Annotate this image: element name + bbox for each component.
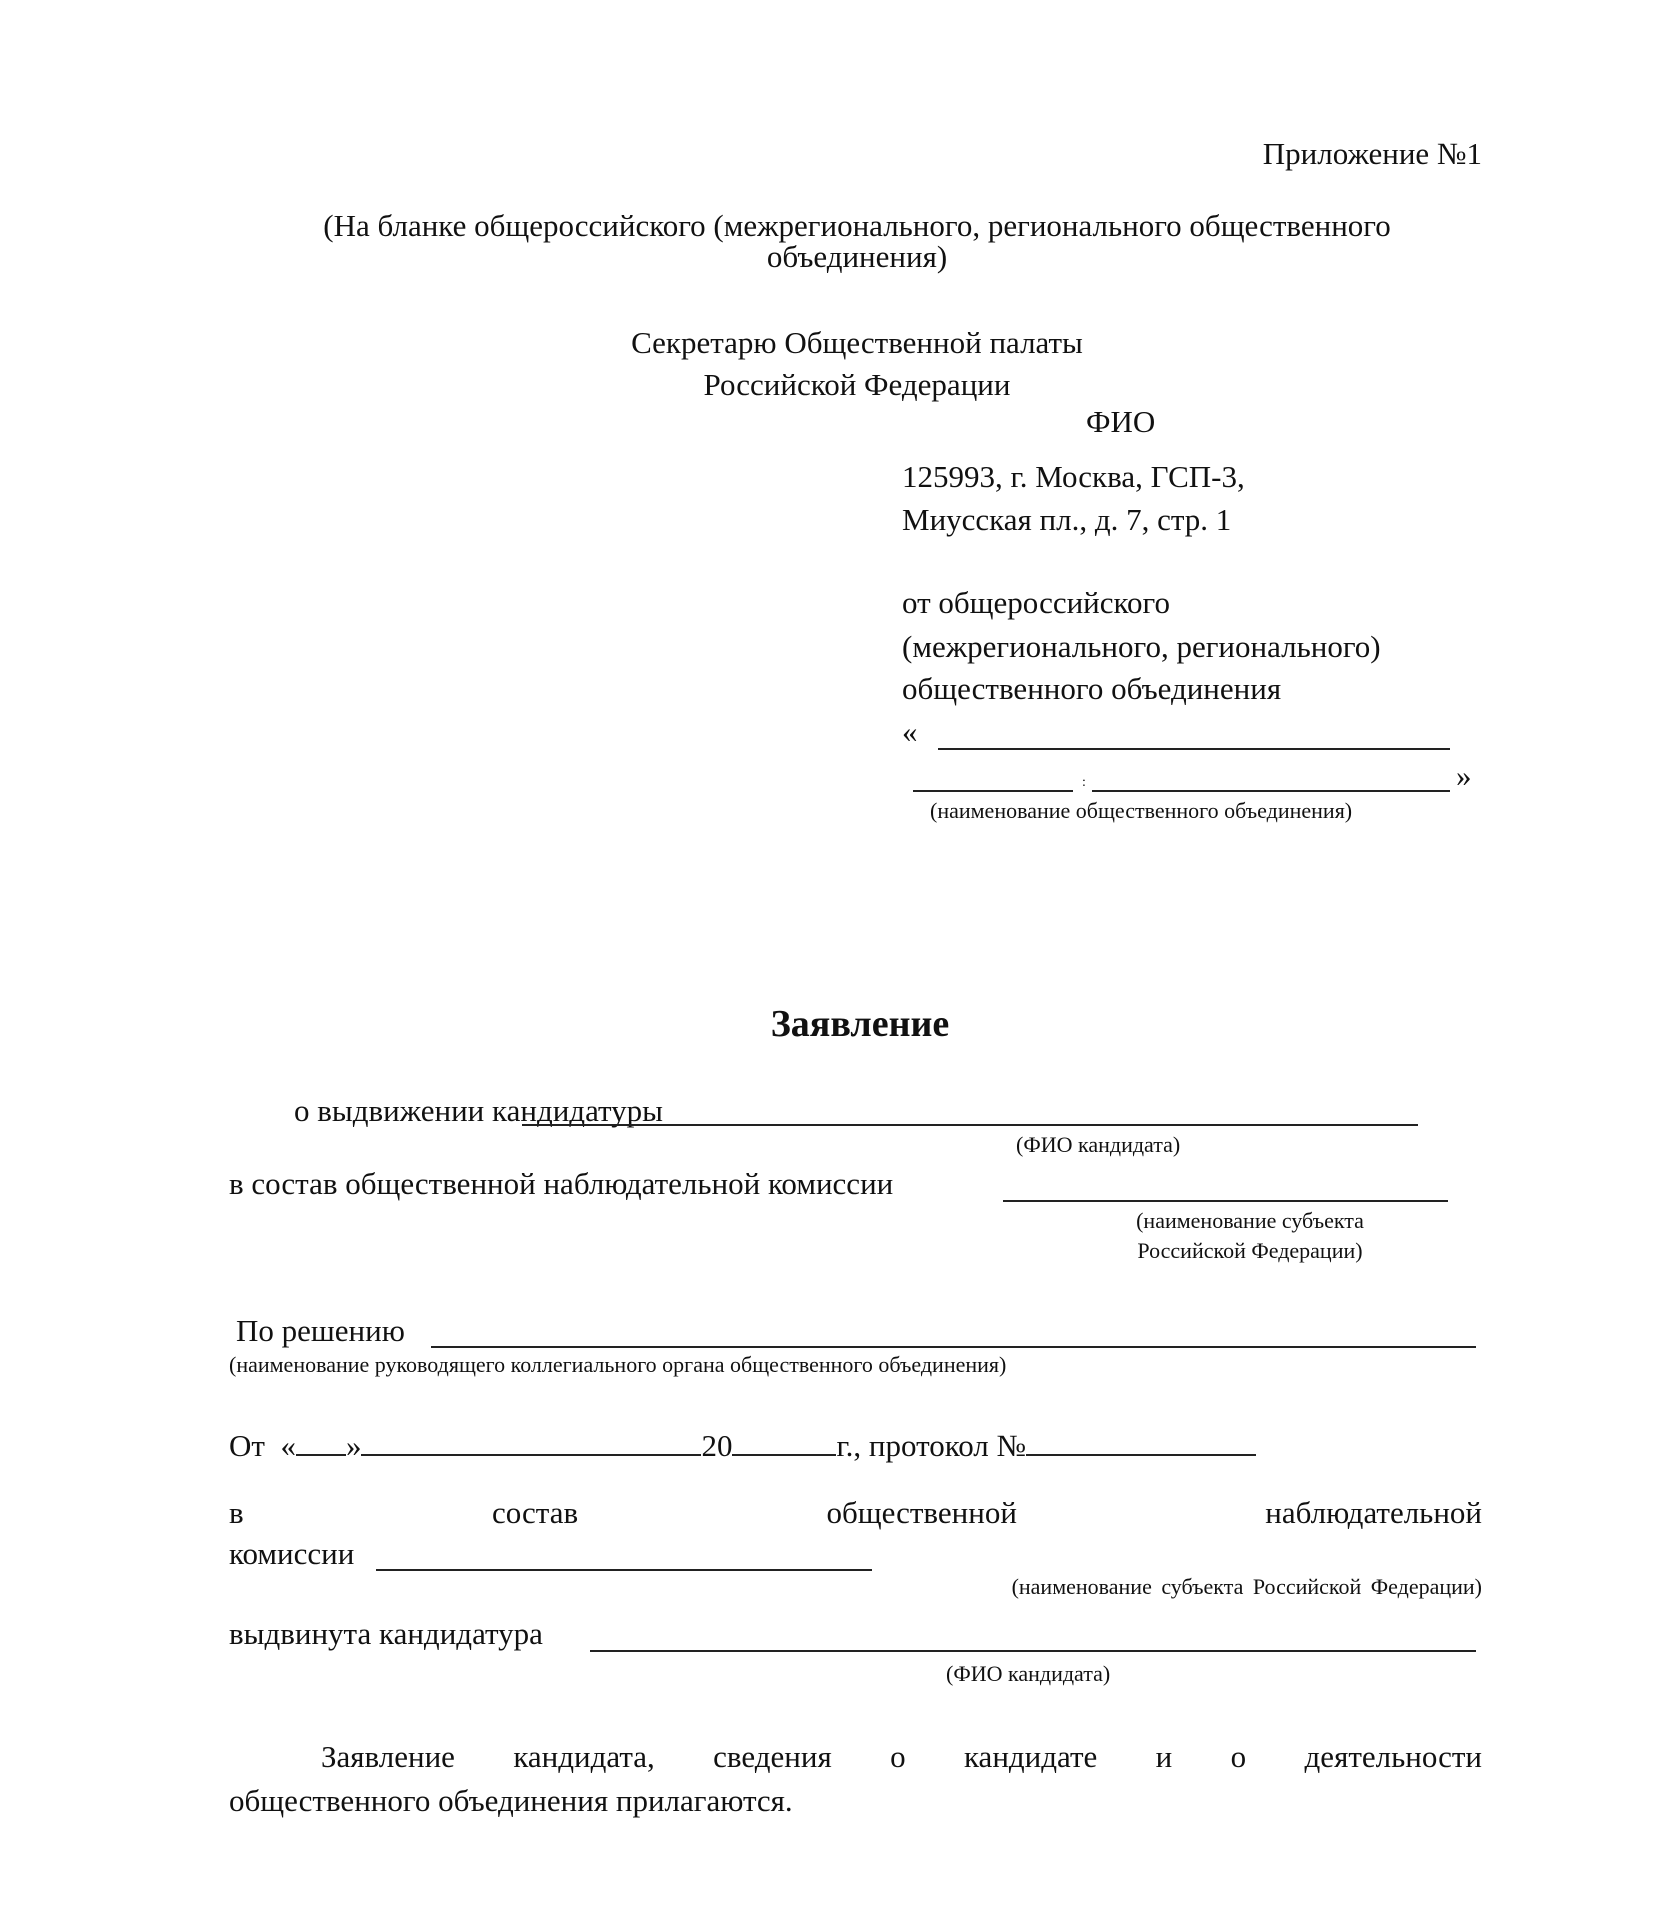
- date-close-quote: »: [346, 1428, 362, 1463]
- region-caption-2: (наименование субъекта Российской Федера…: [1012, 1574, 1482, 1600]
- region-caption: (наименование субъекта Российской Федера…: [1100, 1206, 1400, 1266]
- composition-word: общественной: [826, 1495, 1016, 1530]
- sender-close-quote: »: [1456, 758, 1472, 794]
- attachments-line2: общественного объединения прилагаются.: [229, 1783, 793, 1819]
- addressee-line1: Секретарю Общественной палаты: [0, 322, 1653, 364]
- year-field[interactable]: [732, 1453, 836, 1456]
- sender-open-quote: «: [902, 714, 918, 750]
- region-caption-line1: (наименование субъекта: [1100, 1206, 1400, 1236]
- address-line1: 125993, г. Москва, ГСП-3,: [902, 459, 1245, 495]
- day-field[interactable]: [296, 1453, 346, 1456]
- attachments-line1: Заявление кандидата, сведения о кандидат…: [321, 1739, 1482, 1775]
- month-field[interactable]: [361, 1453, 701, 1456]
- document-title: Заявление: [0, 1002, 1653, 1046]
- date-open-quote: «: [280, 1428, 296, 1463]
- date-line: От «»20г., протокол №: [229, 1428, 1256, 1464]
- decision-label: По решению: [236, 1313, 405, 1349]
- candidate-caption: (ФИО кандидата): [1016, 1132, 1180, 1158]
- nominated-candidate-field[interactable]: [590, 1650, 1476, 1652]
- date-from-label: От: [229, 1428, 265, 1463]
- letterhead-note-line2: объединения): [0, 241, 1653, 272]
- addressee-line2: Российской Федерации: [0, 364, 1653, 406]
- nominated-label: выдвинута кандидатура: [229, 1616, 543, 1652]
- composition-word: состав: [492, 1495, 578, 1530]
- protocol-label: г., протокол №: [836, 1428, 1026, 1463]
- protocol-number-field[interactable]: [1026, 1453, 1256, 1456]
- org-name-field-1[interactable]: [938, 748, 1450, 750]
- commission-word: комиссии: [229, 1536, 354, 1572]
- sender-line1: от общероссийского: [902, 585, 1170, 621]
- org-name-separator: :: [1082, 770, 1086, 796]
- governing-body-field[interactable]: [431, 1346, 1476, 1348]
- region-field-2[interactable]: [376, 1569, 872, 1571]
- addressee-title: Секретарю Общественной палаты Российской…: [0, 322, 1653, 406]
- region-caption-line2: Российской Федерации): [1100, 1236, 1400, 1266]
- sender-line3: общественного объединения: [902, 671, 1281, 707]
- composition-word: наблюдательной: [1265, 1495, 1482, 1530]
- appendix-label: Приложение №1: [1263, 136, 1482, 172]
- letterhead-note: (На бланке общероссийского (межрегиональ…: [0, 210, 1653, 272]
- candidate-caption-2: (ФИО кандидата): [946, 1661, 1110, 1687]
- commission-text: в состав общественной наблюдательной ком…: [229, 1166, 893, 1202]
- address-line2: Миусская пл., д. 7, стр. 1: [902, 502, 1231, 538]
- org-name-caption: (наименование общественного объединения): [930, 798, 1352, 824]
- composition-word: в: [229, 1495, 244, 1530]
- governing-body-caption: (наименование руководящего коллегиальног…: [229, 1352, 1006, 1378]
- composition-line: в состав общественной наблюдательной: [229, 1495, 1482, 1531]
- addressee-name: ФИО: [1086, 404, 1155, 440]
- org-name-field-2[interactable]: [913, 790, 1073, 792]
- candidate-name-field[interactable]: [522, 1124, 1418, 1126]
- date-century: 20: [701, 1428, 732, 1463]
- region-field[interactable]: [1003, 1200, 1448, 1202]
- letterhead-note-line1: (На бланке общероссийского (межрегиональ…: [0, 210, 1653, 241]
- org-name-field-3[interactable]: [1092, 790, 1450, 792]
- sender-line2: (межрегионального, регионального): [902, 629, 1381, 665]
